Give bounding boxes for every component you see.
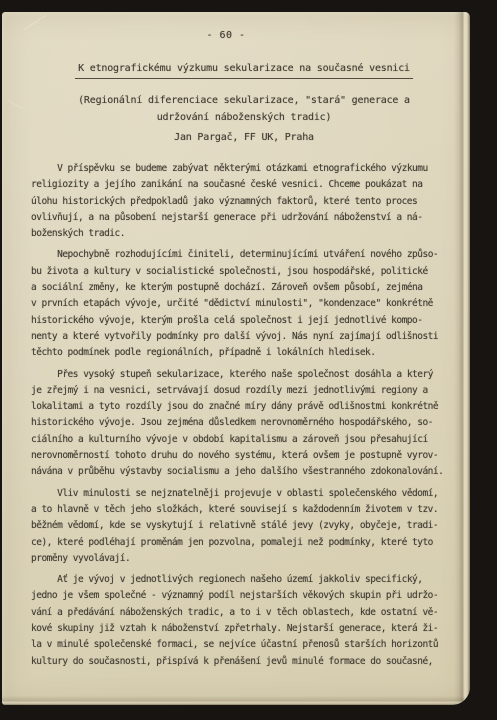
scan-background: - 60 - K etnografickému výzkumu sekulari… bbox=[0, 0, 497, 720]
article-subtitle-line-2: udržování náboženských tradic) bbox=[36, 109, 452, 126]
article-subtitle-line-1: (Regionální diferenciace sekularizace, "… bbox=[36, 92, 452, 109]
article-body: V příspěvku se budeme zabývat některými … bbox=[31, 161, 459, 675]
article-title-line: K etnografickému výzkumu sekularizace na… bbox=[36, 62, 452, 79]
document-page: - 60 - K etnografickému výzkumu sekulari… bbox=[2, 12, 470, 705]
paragraph-5: Ať je vývoj v jednotlivých regionech naš… bbox=[31, 572, 459, 670]
page-number: - 60 - bbox=[2, 30, 460, 41]
page-bottom-shadow bbox=[2, 696, 470, 705]
scan-artifact bbox=[7, 100, 23, 109]
scan-artifact bbox=[24, 15, 46, 30]
paragraph-2: Nepochybně rozhodujícími činiteli, deter… bbox=[31, 247, 459, 361]
paragraph-4: Vliv minulosti se nejznatelněji projevuj… bbox=[31, 486, 459, 567]
article-title: K etnografickému výzkumu sekularizace na… bbox=[75, 62, 413, 79]
author-line: Jan Pargač, FF UK, Praha bbox=[36, 129, 452, 146]
article-header: K etnografickému výzkumu sekularizace na… bbox=[36, 62, 452, 146]
paragraph-1: V příspěvku se budeme zabývat některými … bbox=[31, 161, 459, 242]
paragraph-3: Přes vysoký stupeň sekularizace, kterého… bbox=[31, 367, 459, 481]
